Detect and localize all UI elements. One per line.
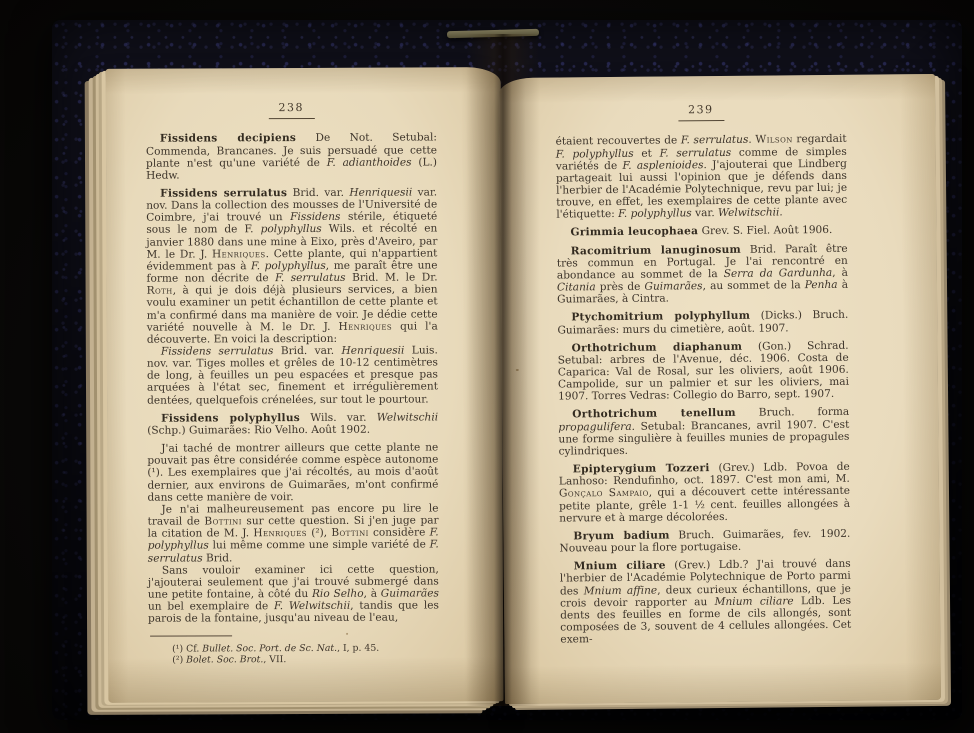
text-segment: sur cette question. Si j'en juge par la …: [148, 514, 439, 539]
paragraph: Fissidens serrulatus Brid. var. Henrique…: [146, 186, 438, 345]
left-page-number-rule: [268, 118, 314, 119]
paragraph: Orthotrichum tenellum Bruch. forma propa…: [558, 406, 849, 457]
text-segment: Citania: [557, 281, 596, 293]
left-page-column: 238 Fissidens decipiens De Not. Setubal:…: [146, 101, 439, 666]
text-segment: F. serrulatus: [148, 539, 439, 564]
paragraph: Epipterygium Tozzeri (Grev.) Ldb. Povoa …: [559, 461, 851, 525]
text-segment: . Setubal: Brancanes, avril 1907. C'est …: [558, 418, 849, 457]
text-segment: lui même comme une simple variété de: [209, 539, 430, 552]
text-segment: polyphyllus: [261, 223, 322, 235]
species-name: Bryum badium: [573, 529, 669, 542]
text-segment: , me paraît être une forme non décrite d…: [147, 259, 438, 284]
text-segment: F. polyphyllus: [251, 260, 326, 272]
text-segment: Mnium affine: [584, 584, 658, 597]
foxing-speck: [346, 633, 348, 635]
text-segment: , à qui je dois déjà plusieurs services,…: [147, 284, 438, 334]
paragraph: Ptychomitrium polyphyllum (Dicks.) Bruch…: [557, 309, 848, 336]
paragraph: Fissidens decipiens De Not. Setubal: Com…: [146, 132, 437, 182]
text-segment: stérile, étiqueté sous le nom de F.: [146, 211, 437, 236]
left-page: 238 Fissidens decipiens De Not. Setubal:…: [106, 67, 504, 703]
text-segment: Ldb. Les dents des feuilles en forme de …: [560, 594, 851, 645]
text-segment: Bullet. Soc. Port. de Sc. Nat.: [202, 643, 337, 655]
text-segment: Wils. et récolté en janvier 1880 dans un…: [146, 223, 437, 261]
text-segment: Brid. Paraît être très commun en Portuga…: [557, 242, 848, 281]
text-segment: Brid. var.: [287, 187, 349, 199]
text-segment: Wilson: [755, 134, 792, 146]
paragraph: Orthotrichum diaphanum (Gon.) Schrad. Se…: [558, 339, 850, 403]
left-page-footnotes: (¹) Cf. Bullet. Soc. Port. de Sc. Nat., …: [148, 643, 439, 666]
text-segment: à Guimarães, à Cintra.: [557, 279, 848, 306]
paragraph: Racomitrium lanuginosum Brid. Paraît êtr…: [557, 242, 849, 306]
text-segment: Bottini: [331, 527, 369, 539]
text-segment: (Gon.) Schrad. Setubal: arbres de l'Aven…: [558, 339, 849, 402]
text-segment: (Grev.) Ldb.? J'ai trouvé dans l'herbier…: [560, 558, 851, 597]
text-segment: Brid.: [203, 552, 233, 564]
paragraph: Bryum badium Bruch. Guimarães, fev. 1902…: [559, 528, 850, 555]
text-segment: Welwitschii: [377, 411, 438, 423]
text-segment: F. Welwitschii: [274, 600, 350, 612]
text-segment: (Schp.) Guimarães: Rio Velho. Août 1902.: [147, 424, 370, 437]
footnote-separator: [150, 636, 232, 637]
text-segment: (¹) Cf.: [172, 644, 202, 655]
text-segment: Bottini: [204, 515, 242, 527]
foxing-speck: [812, 176, 814, 178]
text-segment: , à: [832, 267, 848, 279]
paragraph: Je n'ai malheureusement pas encore pu li…: [148, 502, 439, 564]
text-segment: (Grev.) Ldb. Povoa de Lanhoso: Rendufinh…: [559, 461, 850, 488]
paragraph: Sans vouloir examiner ici cette question…: [148, 563, 439, 625]
text-segment: F. polyphyllus: [618, 208, 692, 221]
paragraph: Fissidens polyphyllus Wils. var. Welwits…: [147, 411, 438, 437]
text-segment: .: [748, 134, 755, 146]
text-segment: Guimarães: [381, 587, 439, 599]
species-name: Orthotrichum diaphanum: [572, 340, 743, 354]
paragraph: Fissidens serrulatus Brid. var. Henrique…: [147, 344, 438, 406]
text-segment: propagulifera: [558, 420, 631, 433]
text-segment: . Cette plante, qui n'appartient évidemm…: [146, 247, 437, 272]
species-name: Ptychomitrium polyphyllum: [571, 310, 750, 324]
species-name: Orthotrichum tenellum: [572, 407, 736, 421]
paragraph: J'ai taché de montrer ailleurs que cette…: [147, 442, 438, 504]
text-segment: F. polyphyllus: [148, 527, 439, 552]
text-segment: Luis. nov. var. Tiges molles et grêles d…: [147, 344, 438, 406]
text-segment: Fissidens serrulatus: [161, 345, 274, 357]
footnote: (²) Bolet. Soc. Brot., VII.: [172, 654, 439, 666]
text-segment: , I, p. 45.: [337, 643, 379, 654]
text-segment: Fissidens: [290, 211, 340, 223]
paragraph: Mnium ciliare (Grev.) Ldb.? J'ai trouvé …: [560, 558, 852, 646]
text-segment: Bruch. forma: [736, 406, 850, 419]
text-segment: .: [779, 207, 782, 219]
text-segment: Henriques: [338, 320, 392, 332]
paragraph: étaient recouvertes de F. serrulatus. Wi…: [556, 133, 848, 221]
text-segment: Penha: [805, 279, 838, 291]
text-segment: , VII.: [263, 655, 286, 666]
right-page-column: 239 étaient recouvertes de F. serrulatus…: [555, 103, 851, 646]
text-segment: Brid. var.: [273, 345, 341, 357]
species-name: Racomitrium lanuginosum: [571, 243, 741, 257]
text-segment: Henriques: [212, 248, 266, 260]
species-name: Epipterygium Tozzeri: [573, 462, 710, 475]
text-segment: Grev. S. Fiel. Août 1906.: [698, 224, 832, 237]
text-segment: J'ai taché de montrer ailleurs que cette…: [147, 442, 438, 504]
text-segment: Gonçalo Sampaio: [559, 487, 649, 500]
text-segment: étaient recouvertes de: [556, 135, 681, 148]
text-segment: , au sommet de la: [703, 279, 805, 292]
text-segment: Roth: [147, 285, 173, 297]
text-segment: Henriques: [253, 527, 307, 539]
species-name: Fissidens polyphyllus: [161, 412, 300, 425]
text-segment: Sans vouloir examiner ici cette question…: [148, 563, 439, 601]
left-page-text: Fissidens decipiens De Not. Setubal: Com…: [146, 132, 439, 625]
footnote: (¹) Cf. Bullet. Soc. Port. de Sc. Nat., …: [172, 643, 439, 655]
text-segment: , deux curieux échantillons, que je croi…: [560, 582, 851, 609]
text-segment: F. serrulatus: [660, 146, 732, 159]
book-photo: 238 Fissidens decipiens De Not. Setubal:…: [0, 0, 974, 733]
species-name: Mnium ciliare: [574, 560, 666, 573]
text-segment: . J'ajouterai que Lindberg partageait lu…: [556, 157, 847, 220]
text-segment: Mnium ciliare: [715, 595, 794, 608]
text-segment: De Not. Setubal: Commenda, Brancanes. Je…: [146, 132, 437, 170]
right-page-number: 239: [555, 103, 846, 118]
text-segment: var.: [692, 207, 718, 219]
right-page: 239 étaient recouvertes de F. serrulatus…: [499, 74, 941, 704]
species-name: Grimmia leucophaea: [570, 226, 698, 239]
text-segment: considère: [369, 527, 430, 539]
text-segment: Serra da Gardunha: [724, 267, 833, 280]
text-segment: (²),: [307, 527, 331, 539]
text-segment: Rio Selho: [312, 588, 364, 600]
text-segment: près de: [596, 281, 645, 293]
text-segment: comme de simples variétés de: [556, 145, 847, 172]
paragraph: Grimmia leucophaea Grev. S. Fiel. Août 1…: [556, 224, 847, 239]
text-segment: Wils. var.: [300, 411, 377, 423]
text-segment: Bruch. Guimarães, fev. 1902. Nouveau pou…: [559, 528, 850, 555]
text-segment: Henriquesii: [349, 186, 412, 198]
foxing-speck: [516, 369, 519, 371]
text-segment: Welwitschii: [718, 207, 779, 220]
text-segment: un bel exemplaire de: [148, 600, 274, 613]
text-segment: et: [634, 147, 660, 159]
text-segment: , tandis que les parois de la fontaine, …: [148, 600, 439, 625]
right-page-number-rule: [678, 120, 724, 122]
text-segment: F. adianthoides: [327, 156, 412, 168]
text-segment: (²): [172, 655, 186, 666]
text-segment: regardait: [793, 133, 847, 146]
species-name: Fissidens decipiens: [160, 132, 296, 145]
text-segment: Bolet. Soc. Brot.: [186, 655, 263, 666]
text-segment: Brid. M. le Dr.: [346, 271, 438, 283]
text-segment: qui l'a découverte. En voici la descript…: [147, 320, 438, 345]
text-segment: Je n'ai malheureusement pas encore pu li…: [148, 502, 439, 527]
text-segment: (Dicks.) Bruch. Guimarães: murs du cimet…: [557, 309, 848, 336]
text-segment: F. serrulatus: [681, 134, 749, 147]
text-segment: , à: [364, 588, 381, 600]
text-segment: (L.) Hedw.: [146, 156, 437, 181]
text-segment: var. nov. Dans la collection des mousses…: [146, 186, 437, 224]
text-segment: , qui a découvert cette intéressante pet…: [559, 485, 850, 524]
text-segment: F. asplenioides: [622, 159, 703, 172]
text-segment: Guimarães: [644, 280, 702, 293]
species-name: Fissidens serrulatus: [160, 187, 287, 200]
left-page-number: 238: [146, 101, 437, 114]
text-segment: Henriquesii: [342, 345, 405, 357]
text-segment: F. serrulatus: [275, 272, 345, 284]
right-page-text: étaient recouvertes de F. serrulatus. Wi…: [556, 133, 852, 646]
text-segment: F. polyphyllus: [556, 147, 634, 160]
